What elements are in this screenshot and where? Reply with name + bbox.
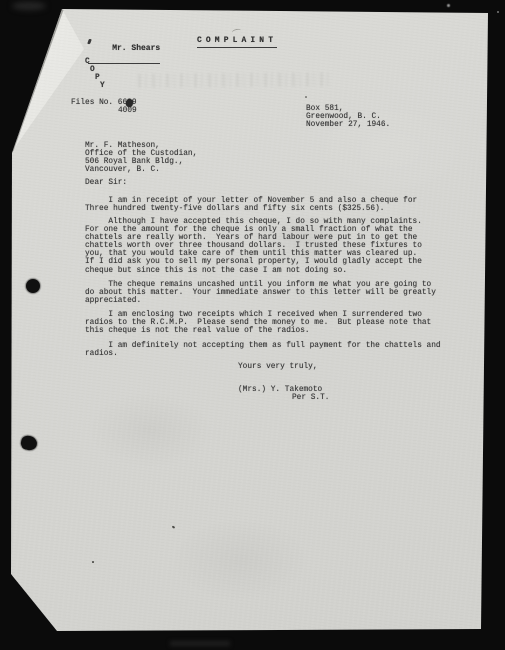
scanned-letter-screenshot: { "colors": { "background": "#0b0b0b", "…: [0, 0, 505, 650]
body-paragraph-1: I am in receipt of your letter of Novemb…: [85, 197, 417, 213]
routing-annotation-text: Mr. Shears: [112, 44, 160, 53]
signature-per: Per S.T.: [292, 394, 329, 402]
scanner-dust-streak: [12, 2, 46, 10]
ink-blot: [125, 98, 133, 107]
body-paragraph-5: I am definitely not accepting them as fu…: [85, 342, 441, 358]
body-paragraph-4: I am enclosing two receipts which I rece…: [85, 311, 431, 335]
paper-speck: [92, 561, 94, 563]
copy-stamp-letter: P: [95, 74, 100, 82]
scanner-dust-dot: [447, 4, 450, 7]
punch-hole-top: [26, 279, 40, 293]
salutation: Dear Sir:: [85, 179, 127, 187]
paper-speck: [305, 96, 307, 98]
valediction: Yours very truly,: [238, 363, 318, 371]
body-paragraph-2: Although I have accepted this cheque, I …: [85, 218, 422, 275]
ink-smudge-band: [138, 72, 334, 87]
file-number-line2: 4009: [118, 107, 137, 115]
body-paragraph-3: The cheque remains uncashed until you in…: [85, 281, 436, 305]
scanner-dust-dot: [497, 11, 499, 13]
sender-address: Box 581, Greenwood, B. C. November 27, 1…: [306, 105, 390, 129]
copy-stamp-letter: C: [85, 58, 90, 66]
letter-page: Mr. Shears COMPLAINT C O P Y Files No. 6…: [0, 0, 505, 650]
recipient-address: Mr. F. Matheson, Office of the Custodian…: [85, 142, 197, 174]
complaint-heading: COMPLAINT: [197, 37, 277, 48]
signature-name: (Mrs.) Y. Takemoto: [238, 386, 322, 394]
copy-stamp-letter: O: [90, 66, 95, 74]
routing-annotation: Mr. Shears: [88, 37, 160, 64]
handwriting-fragment: [87, 39, 91, 44]
scanner-dust-streak: [170, 641, 230, 646]
copy-stamp-letter: Y: [100, 82, 105, 90]
